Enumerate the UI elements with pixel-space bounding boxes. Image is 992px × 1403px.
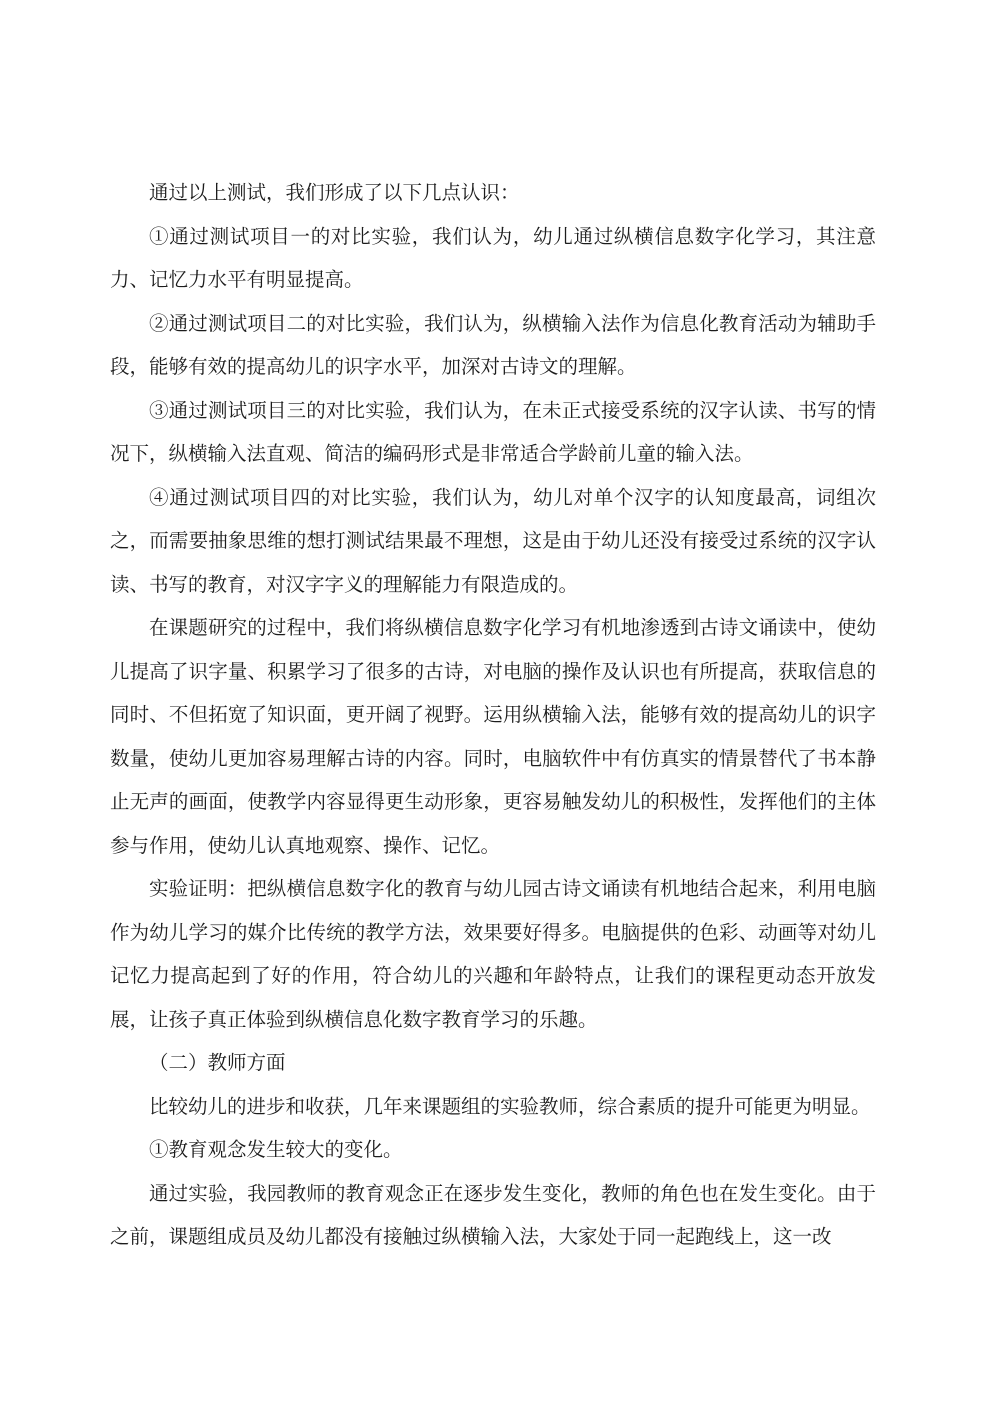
paragraph: 在课题研究的过程中，我们将纵横信息数字化学习有机地渗透到古诗文诵读中，使幼儿提高… [110, 607, 876, 868]
paragraph: 通过实验，我园教师的教育观念正在逐步发生变化，教师的角色也在发生变化。由于之前，… [110, 1173, 876, 1260]
paragraph: （二）教师方面 [110, 1042, 876, 1086]
paragraph: ①通过测试项目一的对比实验，我们认为，幼儿通过纵横信息数字化学习，其注意力、记忆… [110, 216, 876, 303]
paragraph: ②通过测试项目二的对比实验，我们认为，纵横输入法作为信息化教育活动为辅助手段，能… [110, 303, 876, 390]
document-body: 通过以上测试，我们形成了以下几点认识：①通过测试项目一的对比实验，我们认为，幼儿… [110, 172, 876, 1260]
paragraph: 比较幼儿的进步和收获，几年来课题组的实验教师，综合素质的提升可能更为明显。 [110, 1086, 876, 1130]
paragraph: ④通过测试项目四的对比实验，我们认为，幼儿对单个汉字的认知度最高，词组次之，而需… [110, 477, 876, 608]
paragraph: 通过以上测试，我们形成了以下几点认识： [110, 172, 876, 216]
paragraph: 实验证明：把纵横信息数字化的教育与幼儿园古诗文诵读有机地结合起来，利用电脑作为幼… [110, 868, 876, 1042]
document-page: 通过以上测试，我们形成了以下几点认识：①通过测试项目一的对比实验，我们认为，幼儿… [0, 0, 992, 1403]
paragraph: ①教育观念发生较大的变化。 [110, 1129, 876, 1173]
paragraph: ③通过测试项目三的对比实验，我们认为，在未正式接受系统的汉字认读、书写的情况下，… [110, 390, 876, 477]
